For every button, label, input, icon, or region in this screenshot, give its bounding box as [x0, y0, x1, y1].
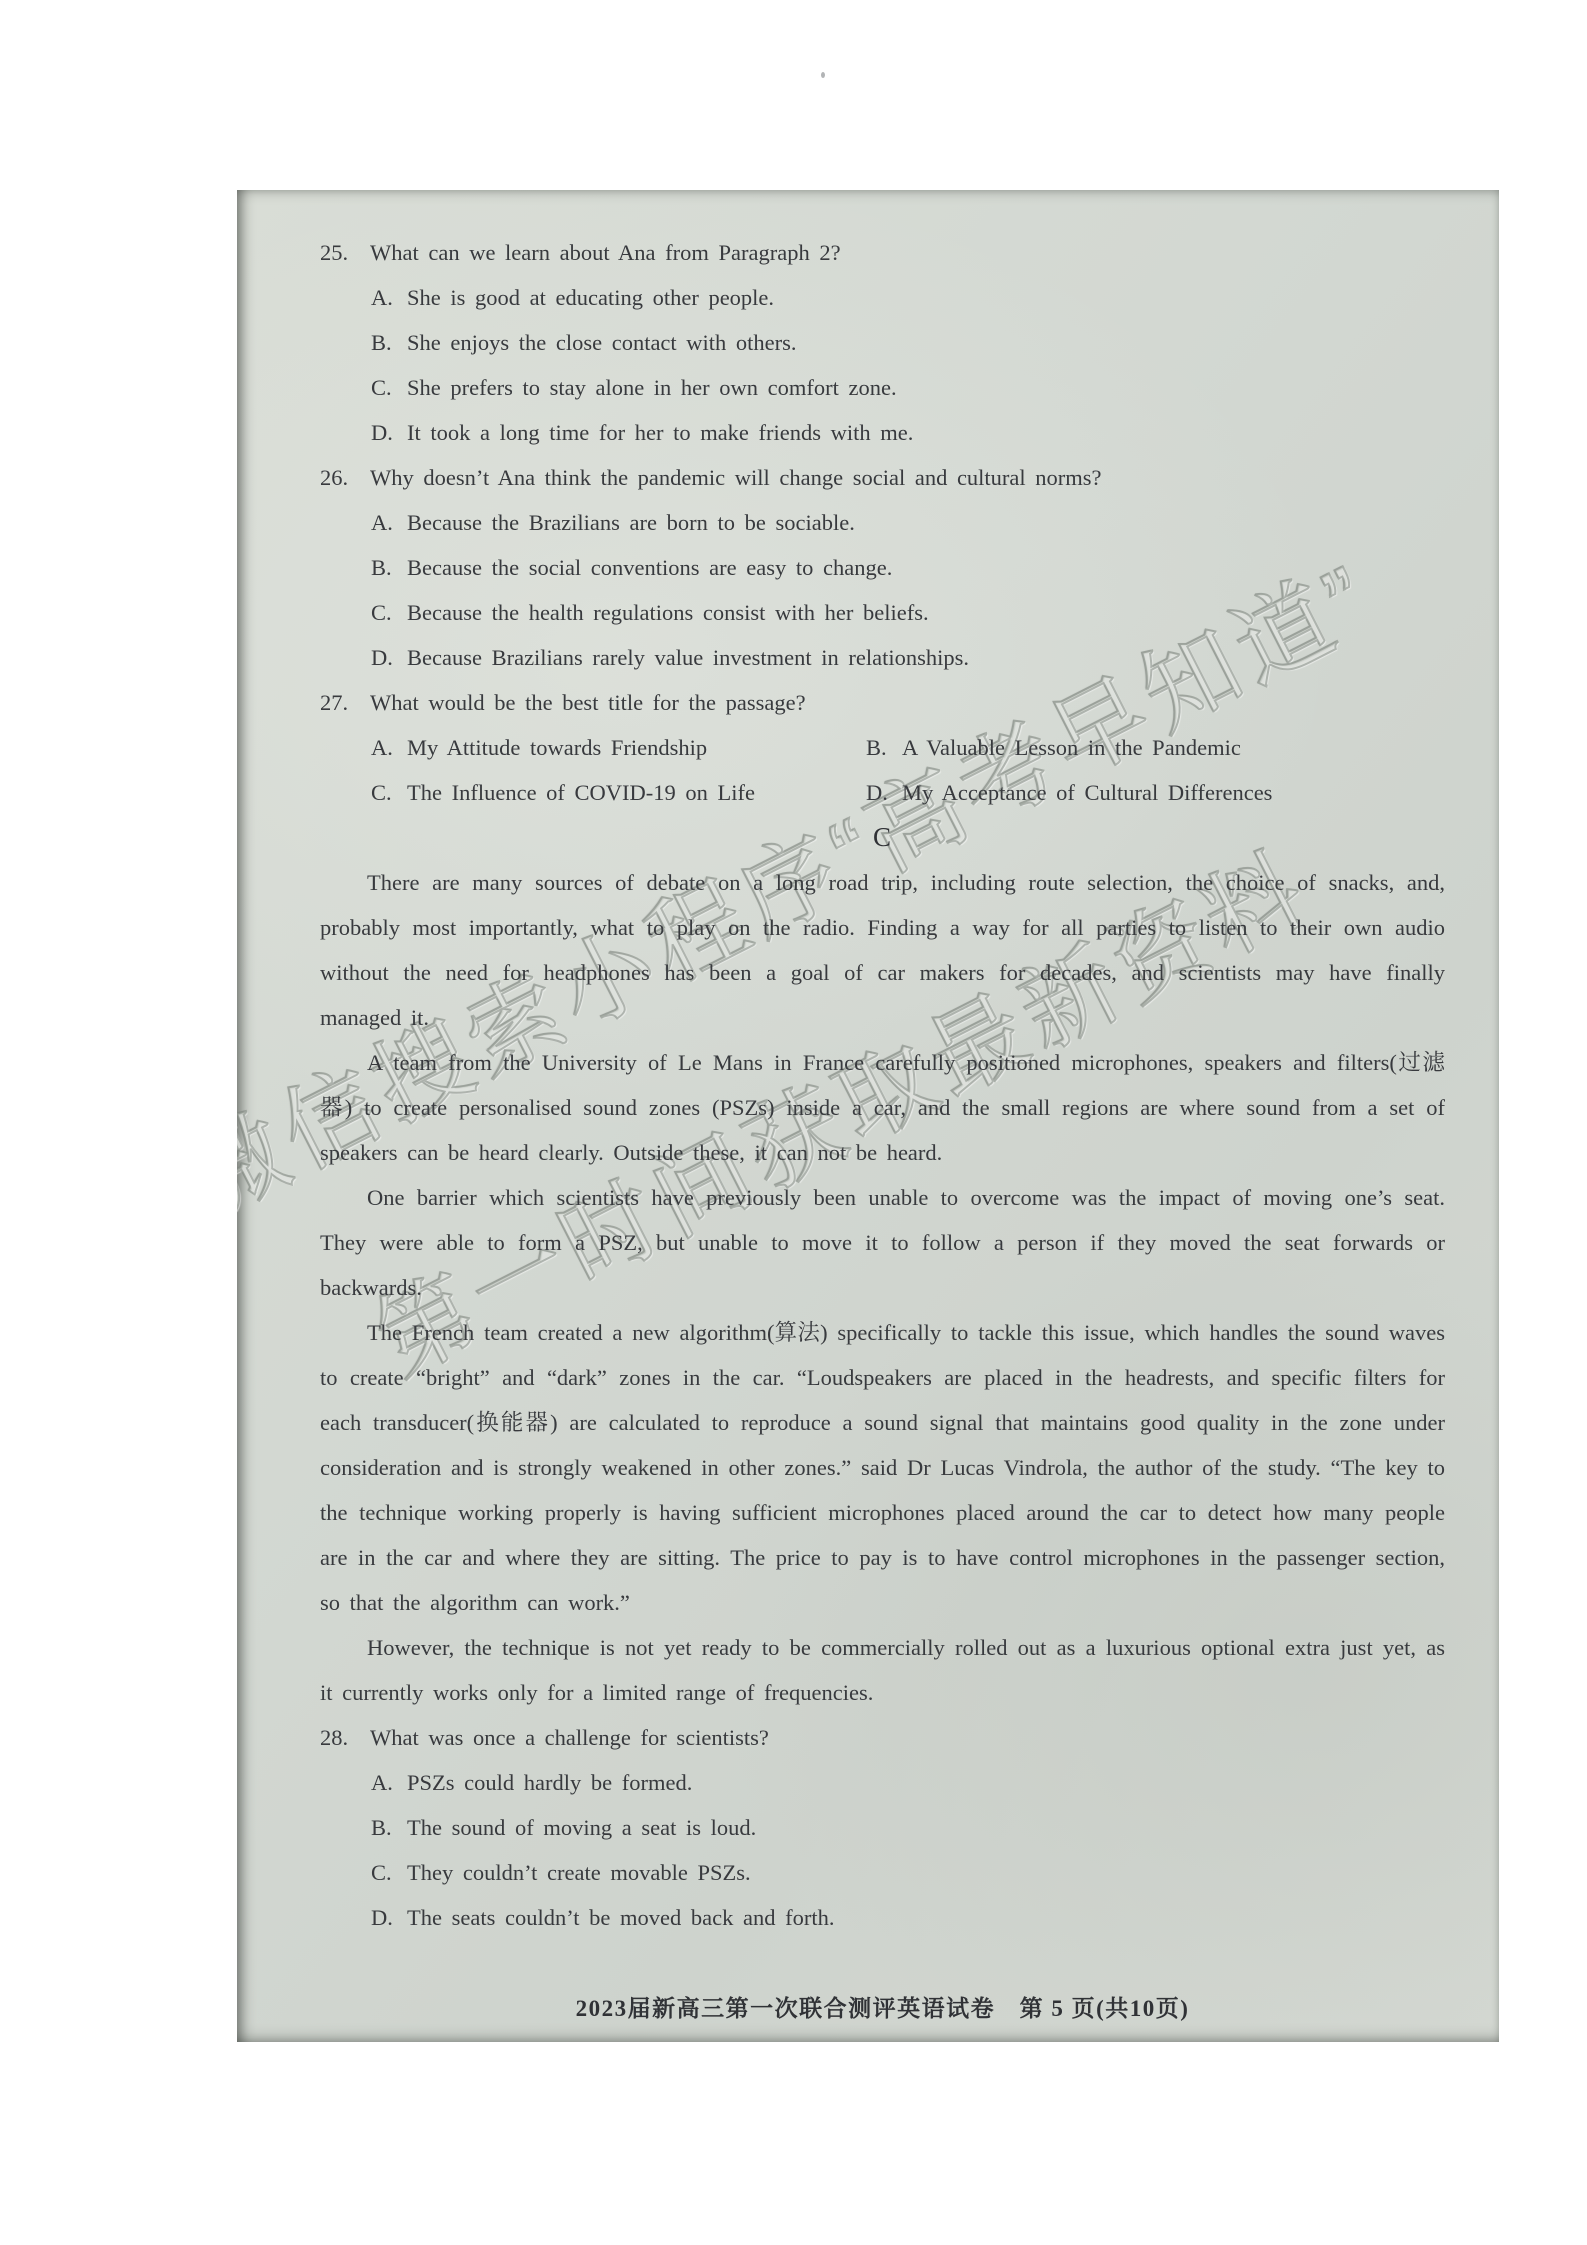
option-text: She is good at educating other people.: [407, 275, 1445, 320]
question-text: What would be the best title for the pas…: [370, 680, 1445, 725]
passage-section-label: C: [320, 815, 1445, 860]
passage-paragraph-1: There are many sources of debate on a lo…: [320, 860, 1445, 1040]
question-text: What can we learn about Ana from Paragra…: [370, 230, 1445, 275]
question-27-option-a: A. My Attitude towards Friendship: [371, 725, 866, 770]
passage-paragraph-4: The French team created a new algorithm(…: [320, 1310, 1445, 1625]
option-text: The sound of moving a seat is loud.: [407, 1805, 1445, 1850]
exam-paper-photo: 微信搜索小程序“高考早知道” 第一时间获取最新资料 25. What can w…: [237, 190, 1499, 2042]
question-27-options: A. My Attitude towards Friendship B. A V…: [320, 725, 1445, 815]
page-footer: 2023届新高三第一次联合测评英语试卷 第 5 页(共10页): [320, 1990, 1445, 2023]
question-27: 27. What would be the best title for the…: [320, 680, 1445, 815]
option-text: It took a long time for her to make frie…: [407, 410, 1445, 455]
passage-paragraph-2: A team from the University of Le Mans in…: [320, 1040, 1445, 1175]
question-25-stem: 25. What can we learn about Ana from Par…: [320, 230, 1445, 275]
passage-paragraph-3: One barrier which scientists have previo…: [320, 1175, 1445, 1310]
question-27-option-c: C. The Influence of COVID-19 on Life: [371, 770, 866, 815]
question-26-stem: 26. Why doesn’t Ana think the pandemic w…: [320, 455, 1445, 500]
option-text: PSZs could hardly be formed.: [407, 1760, 1445, 1805]
option-letter: A.: [371, 1760, 407, 1805]
option-text: Because Brazilians rarely value investme…: [407, 635, 1445, 680]
option-letter: A.: [371, 500, 407, 545]
option-letter: D.: [371, 635, 407, 680]
question-25: 25. What can we learn about Ana from Par…: [320, 230, 1445, 455]
question-28-option-d: D. The seats couldn’t be moved back and …: [320, 1895, 1445, 1940]
option-text: My Acceptance of Cultural Differences: [902, 770, 1445, 815]
option-letter: D.: [371, 410, 407, 455]
option-text: The Influence of COVID-19 on Life: [407, 770, 866, 815]
passage-paragraph-5: However, the technique is not yet ready …: [320, 1625, 1445, 1715]
option-letter: C.: [371, 365, 407, 410]
option-text: She prefers to stay alone in her own com…: [407, 365, 1445, 410]
option-letter: C.: [371, 770, 407, 815]
question-number: 25.: [320, 230, 370, 275]
question-28-option-b: B. The sound of moving a seat is loud.: [320, 1805, 1445, 1850]
question-28-option-a: A. PSZs could hardly be formed.: [320, 1760, 1445, 1805]
question-number: 28.: [320, 1715, 370, 1760]
question-27-option-b: B. A Valuable Lesson in the Pandemic: [866, 725, 1445, 770]
question-28: 28. What was once a challenge for scient…: [320, 1715, 1445, 1940]
scan-background: 微信搜索小程序“高考早知道” 第一时间获取最新资料 25. What can w…: [0, 0, 1587, 2245]
question-28-option-c: C. They couldn’t create movable PSZs.: [320, 1850, 1445, 1895]
question-26-option-b: B. Because the social conventions are ea…: [320, 545, 1445, 590]
option-letter: B.: [866, 725, 902, 770]
option-text: She enjoys the close contact with others…: [407, 320, 1445, 365]
question-number: 26.: [320, 455, 370, 500]
question-text: What was once a challenge for scientists…: [370, 1715, 1445, 1760]
option-letter: A.: [371, 275, 407, 320]
page-content: 25. What can we learn about Ana from Par…: [320, 230, 1445, 1940]
option-letter: A.: [371, 725, 407, 770]
question-number: 27.: [320, 680, 370, 725]
option-letter: D.: [371, 1895, 407, 1940]
option-text: The seats couldn’t be moved back and for…: [407, 1895, 1445, 1940]
option-text: They couldn’t create movable PSZs.: [407, 1850, 1445, 1895]
option-letter: B.: [371, 545, 407, 590]
question-26-option-a: A. Because the Brazilians are born to be…: [320, 500, 1445, 545]
question-27-option-d: D. My Acceptance of Cultural Differences: [866, 770, 1445, 815]
option-text: Because the social conventions are easy …: [407, 545, 1445, 590]
option-text: A Valuable Lesson in the Pandemic: [902, 725, 1445, 770]
option-text: My Attitude towards Friendship: [407, 725, 866, 770]
question-26-option-c: C. Because the health regulations consis…: [320, 590, 1445, 635]
option-letter: B.: [371, 1805, 407, 1850]
question-25-option-c: C. She prefers to stay alone in her own …: [320, 365, 1445, 410]
option-letter: D.: [866, 770, 902, 815]
question-27-stem: 27. What would be the best title for the…: [320, 680, 1445, 725]
option-text: Because the health regulations consist w…: [407, 590, 1445, 635]
question-26-option-d: D. Because Brazilians rarely value inves…: [320, 635, 1445, 680]
option-text: Because the Brazilians are born to be so…: [407, 500, 1445, 545]
option-letter: B.: [371, 320, 407, 365]
question-text: Why doesn’t Ana think the pandemic will …: [370, 455, 1445, 500]
question-25-option-d: D. It took a long time for her to make f…: [320, 410, 1445, 455]
question-25-option-b: B. She enjoys the close contact with oth…: [320, 320, 1445, 365]
option-letter: C.: [371, 1850, 407, 1895]
option-letter: C.: [371, 590, 407, 635]
scan-artifact-dot: [821, 72, 825, 78]
question-25-option-a: A. She is good at educating other people…: [320, 275, 1445, 320]
question-28-stem: 28. What was once a challenge for scient…: [320, 1715, 1445, 1760]
question-26: 26. Why doesn’t Ana think the pandemic w…: [320, 455, 1445, 680]
